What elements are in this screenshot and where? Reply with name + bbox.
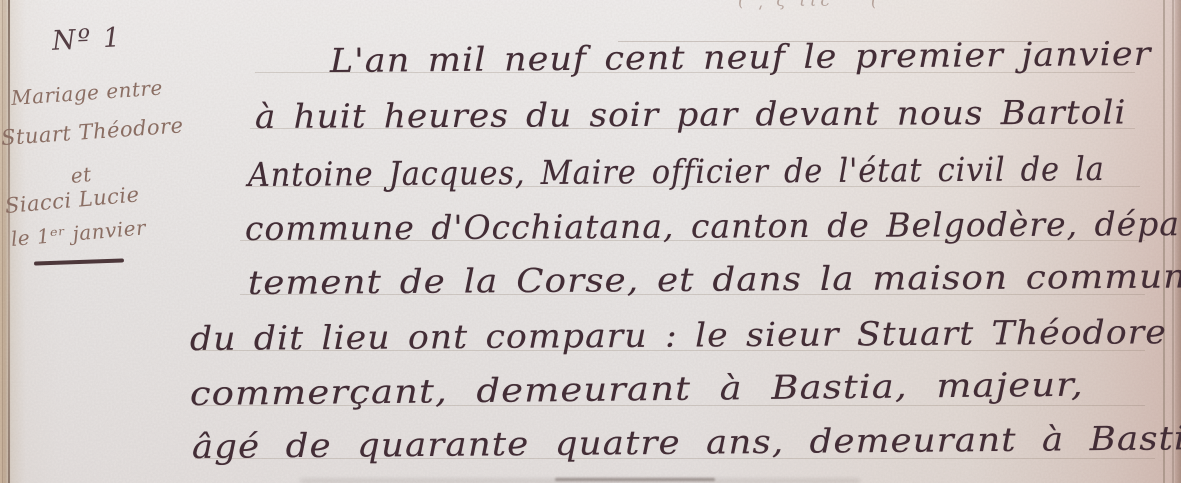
- body-line: L'an mil neuf cent neuf le premier janvi…: [330, 37, 1152, 77]
- body-line: commune d'Occhiatana, canton de Belgodèr…: [245, 207, 1181, 245]
- body-line: commerçant, demeurant à Bastia, majeur,: [190, 368, 1084, 410]
- page-left-edge-shadow: [2, 0, 3, 483]
- body-line: à huit heures du soir par devant nous Ba…: [255, 95, 1127, 133]
- top-page-fragment: ( ͵ ϛ ιιc ̈ ʹ (: [738, 0, 1018, 15]
- margin-underline: [34, 258, 124, 265]
- margin-note-line: le 1ᵉʳ janvier: [10, 215, 147, 251]
- body-line: Antoine Jacques, Maire officier de l'éta…: [248, 152, 1105, 191]
- top-fragment-text: ( ͵ ϛ ιιc ̈ ʹ (: [738, 0, 1018, 11]
- margin-note-line: Stuart Théodore: [0, 113, 184, 150]
- page-left-edge-line: [8, 0, 10, 483]
- body-line: tement de la Corse, et dans la maison co…: [248, 259, 1181, 299]
- register-page: ( ͵ ϛ ιιc ̈ ʹ ( Nº 1 Mariage entre Stuar…: [0, 0, 1181, 483]
- margin-note-line: et: [69, 162, 92, 188]
- margin-note-line: Siacci Lucie: [4, 182, 141, 218]
- margin-note-line: Mariage entre: [10, 75, 163, 110]
- body-line: du dit lieu ont comparu : le sieur Stuar…: [190, 315, 1167, 355]
- record-number: Nº 1: [51, 22, 123, 57]
- body-line: âgé de quarante quatre ans, demeurant à …: [192, 421, 1181, 463]
- next-line-fragment: [300, 479, 860, 483]
